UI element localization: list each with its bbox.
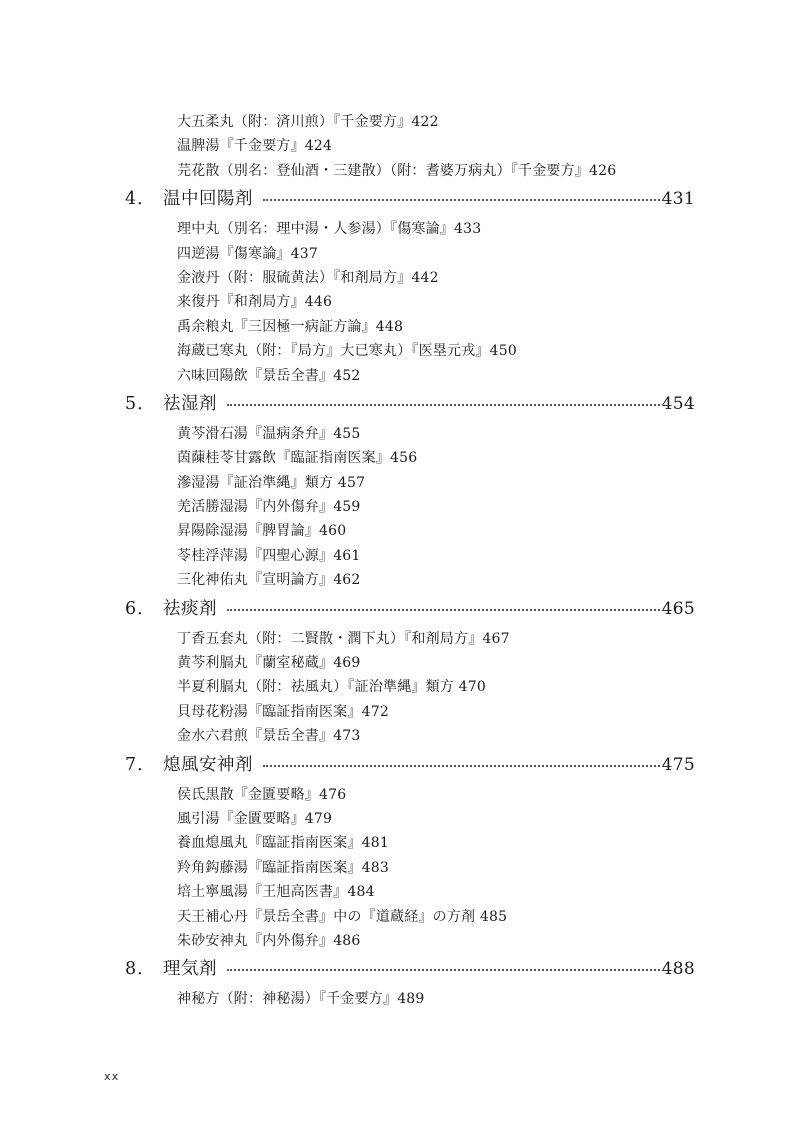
section-number: 8． [125,955,163,984]
dot-leader [227,609,660,611]
section-page-number: 465 [662,595,695,624]
toc-item: 黄芩利膈丸『蘭室秘蔵』469 [125,651,695,675]
dot-leader [263,765,660,767]
toc-item: 神秘方（附：神秘湯）『千金要方』489 [125,987,695,1011]
section-title: 温中回陽剤 [163,185,259,214]
toc-item: 貝母花粉湯『臨証指南医案』472 [125,700,695,724]
toc-item: 六味回陽飲『景岳全書』452 [125,364,695,388]
toc-item: 三化神佑丸『宣明論方』462 [125,568,695,592]
section-number: 5． [125,390,163,419]
toc-item: 四逆湯『傷寒論』437 [125,242,695,266]
toc-item: 苓桂浮萍湯『四聖心源』461 [125,544,695,568]
toc-item: 培土寧風湯『王旭高医書』484 [125,880,695,904]
toc-item: 大五柔丸（附：済川煎）『千金要方』422 [125,110,695,134]
toc-section-heading: 7． 熄風安神剤 475 [125,751,695,780]
table-of-contents: 大五柔丸（附：済川煎）『千金要方』422 温脾湯『千金要方』424 芫花散（別名… [125,110,695,1012]
toc-section-heading: 4． 温中回陽剤 431 [125,185,695,214]
toc-section-heading: 6． 祛痰剤 465 [125,595,695,624]
toc-item: 羚角鈎藤湯『臨証指南医案』483 [125,856,695,880]
section-title: 理気剤 [163,955,223,984]
toc-item: 半夏利膈丸（附：祛風丸）『証治準縄』類方 470 [125,675,695,699]
toc-item: 丁香五套丸（附：二賢散・潤下丸）『和剤局方』467 [125,627,695,651]
section-number: 7． [125,751,163,780]
toc-item: 温脾湯『千金要方』424 [125,134,695,158]
toc-item: 海蔵已寒丸（附：『局方』大已寒丸）『医塁元戎』450 [125,339,695,363]
toc-item: 金液丹（附：服硫黄法）『和剤局方』442 [125,266,695,290]
section-number: 6． [125,595,163,624]
toc-item: 侯氏黒散『金匱要略』476 [125,783,695,807]
toc-item: 朱砂安神丸『内外傷弁』486 [125,929,695,953]
section-page-number: 488 [662,955,695,984]
toc-item: 風引湯『金匱要略』479 [125,807,695,831]
section-page-number: 431 [662,185,695,214]
page-folio: xx [104,1070,119,1083]
toc-item: 黄芩滑石湯『温病条弁』455 [125,422,695,446]
toc-section-heading: 8． 理気剤 488 [125,955,695,984]
toc-item: 昇陽除湿湯『脾胃論』460 [125,519,695,543]
section-title: 祛湿剤 [163,390,223,419]
toc-item: 茵蔯桂苓甘露飲『臨証指南医案』456 [125,446,695,470]
dot-leader [227,404,660,406]
section-page-number: 475 [662,751,695,780]
toc-item: 禹余粮丸『三因極一病証方論』448 [125,315,695,339]
section-title: 熄風安神剤 [163,751,259,780]
toc-item: 養血熄風丸『臨証指南医案』481 [125,831,695,855]
toc-item: 来復丹『和剤局方』446 [125,290,695,314]
toc-item: 理中丸（別名：理中湯・人参湯）『傷寒論』433 [125,217,695,241]
toc-item: 羌活勝湿湯『内外傷弁』459 [125,495,695,519]
toc-item: 天王補心丹『景岳全書』中の『道蔵経』の方剤 485 [125,905,695,929]
toc-item: 芫花散（別名：登仙酒・三建散）（附：耆婆万病丸）『千金要方』426 [125,159,695,183]
dot-leader [263,199,660,201]
dot-leader [227,969,660,971]
section-number: 4． [125,185,163,214]
toc-section-heading: 5． 祛湿剤 454 [125,390,695,419]
toc-item: 滲湿湯『証治準縄』類方 457 [125,471,695,495]
section-page-number: 454 [662,390,695,419]
document-page: 大五柔丸（附：済川煎）『千金要方』422 温脾湯『千金要方』424 芫花散（別名… [0,0,800,1135]
section-title: 祛痰剤 [163,595,223,624]
toc-item: 金水六君煎『景岳全書』473 [125,724,695,748]
